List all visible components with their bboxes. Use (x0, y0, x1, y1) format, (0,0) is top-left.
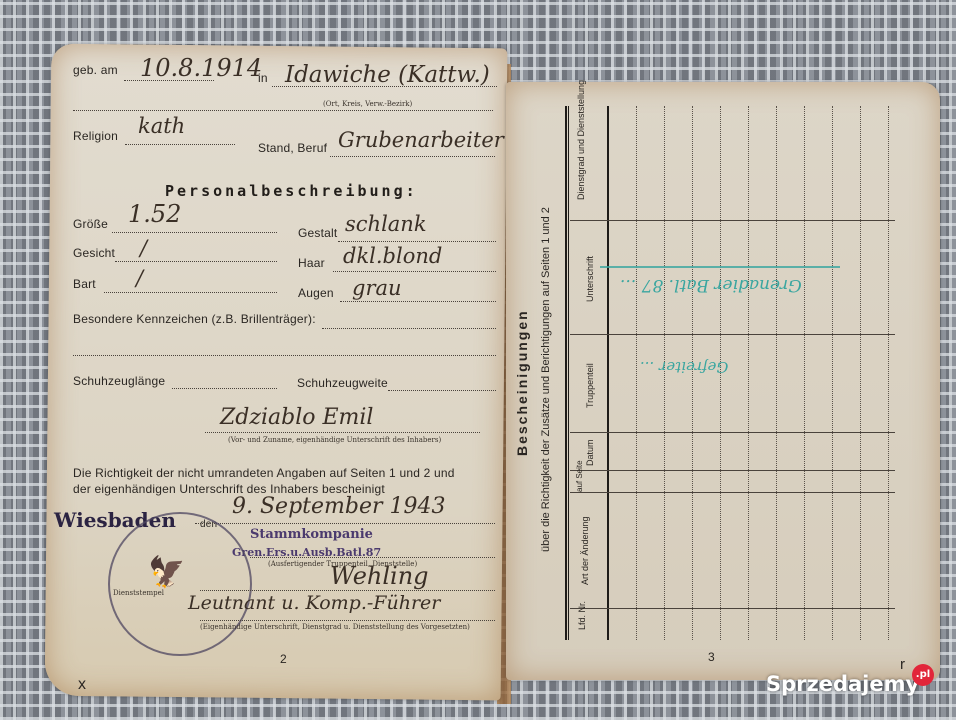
row-divider-6 (570, 608, 895, 609)
hair-value: dkl.blond (343, 244, 442, 268)
entry-2-ink: Gefreiter ... (640, 358, 728, 376)
height-value: 1.52 (128, 200, 181, 228)
eagle-emblem-icon: 🦅 (148, 555, 185, 590)
height-label: Größe (73, 217, 108, 231)
column-header-signature: Unterschrift (585, 256, 595, 302)
corner-mark-right: r (900, 656, 905, 673)
birth-place-value: Idawiche (Kattw.) (285, 62, 490, 88)
teal-ink-line (600, 266, 840, 268)
row-divider-5 (570, 492, 895, 493)
face-value: / (140, 236, 147, 260)
row-divider-1 (570, 220, 895, 221)
build-value: schlank (345, 212, 427, 236)
entry-line (776, 106, 777, 640)
watermark-badge: .pl (912, 664, 934, 686)
holder-signature-line (205, 432, 480, 433)
eyes-line (340, 301, 496, 302)
officer-rank-line (200, 620, 495, 621)
religion-value: kath (138, 114, 185, 138)
eyes-value: grau (352, 276, 402, 300)
occupation-label: Stand, Beruf (258, 141, 327, 155)
shoe-width-line (388, 390, 496, 391)
birth-extra-line (73, 110, 493, 111)
build-label: Gestalt (298, 226, 337, 240)
column-header-date: Datum (585, 439, 595, 466)
height-line (112, 232, 277, 233)
birth-in-label: in (258, 71, 268, 85)
column-header-rank: Dienstgrad und Dienststellung (576, 80, 586, 200)
entry-line (748, 106, 749, 640)
beard-value: / (136, 266, 143, 290)
page-number-left: 2 (280, 652, 287, 666)
shoe-width-label: Schuhzeugweite (297, 376, 388, 390)
certifications-subtitle: über die Richtigkeit der Zusätze und Ber… (540, 207, 552, 552)
page-number-right: 3 (708, 650, 715, 664)
officer-signature: Wehling (330, 562, 429, 590)
table-left-border-inner (568, 106, 569, 640)
officer-signature-line (200, 590, 495, 591)
column-header-change-type: Art der Änderung (580, 516, 590, 585)
hair-line (333, 271, 496, 272)
date-line (195, 523, 495, 524)
special-marks-line-2 (73, 355, 496, 356)
holder-signature-hint: (Vor- und Zuname, eigenhändige Unterschr… (228, 436, 441, 444)
certifications-title: Bescheinigungen (514, 309, 530, 456)
table-left-border (565, 106, 567, 640)
special-marks-line (322, 328, 496, 329)
row-divider-4 (570, 470, 895, 471)
religion-label: Religion (73, 129, 118, 143)
row-divider-3 (570, 432, 895, 433)
official-stamp-label: Dienststempel (113, 589, 164, 597)
beard-line (104, 292, 277, 293)
entry-line (832, 106, 833, 640)
birth-place-hint: (Ort, Kreis, Verw.-Bezirk) (323, 100, 412, 108)
face-line (115, 261, 277, 262)
corner-mark-left: x (78, 676, 86, 694)
entry-line (804, 106, 805, 640)
birth-label: geb. am (73, 63, 118, 77)
officer-rank: Leutnant u. Komp.-Führer (188, 592, 440, 614)
unit-stamp-line1: Stammkompanie (250, 527, 373, 542)
build-line (338, 241, 496, 242)
right-page (506, 82, 940, 680)
row-divider-2 (570, 334, 895, 335)
religion-line (125, 144, 235, 145)
occupation-line (330, 156, 495, 157)
unit-line (250, 557, 495, 558)
watermark-text: Sprzedajemy (766, 672, 919, 696)
birth-date-value: 10.8.1914 (140, 54, 262, 82)
shoe-length-label: Schuhzeuglänge (73, 374, 165, 388)
column-header-page: auf Seite (575, 460, 584, 492)
personal-description-title: Personalbeschreibung: (165, 182, 418, 200)
issue-date: 9. September 1943 (232, 494, 445, 519)
face-label: Gesicht (73, 246, 115, 260)
column-header-nr: Lfd. Nr. (577, 601, 587, 630)
special-marks-label: Besondere Kennzeichen (z.B. Brillenträge… (73, 312, 316, 326)
entry-line (860, 106, 861, 640)
certification-text-line1: Die Richtigkeit der nicht umrandeten Ang… (73, 466, 455, 480)
table-header-border (607, 106, 609, 640)
hair-label: Haar (298, 256, 325, 270)
entry-line (636, 106, 637, 640)
column-header-unit: Truppenteil (585, 363, 595, 408)
shoe-length-line (172, 388, 277, 389)
eyes-label: Augen (298, 286, 334, 300)
entry-1-ink: Grenadier Batl. 87 ... (620, 275, 802, 295)
occupation-value: Grubenarbeiter (338, 128, 504, 152)
holder-signature: Zdziablo Emil (220, 405, 373, 430)
officer-hint: (Eigenhändige Unterschrift, Dienstgrad u… (200, 623, 470, 631)
entry-line (888, 106, 889, 640)
beard-label: Bart (73, 277, 96, 291)
